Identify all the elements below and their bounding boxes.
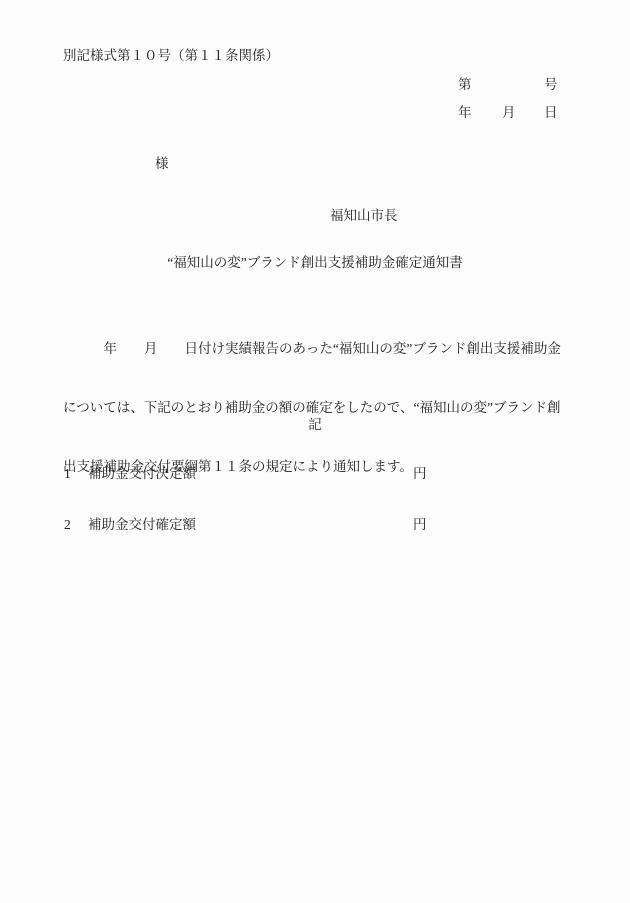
item-2-number: 2 xyxy=(64,517,71,533)
doc-number-suffix: 号 xyxy=(544,77,558,93)
doc-number-prefix: 第 xyxy=(458,77,472,93)
body-line-1: 年 月 日付け実績報告のあった“福知山の変”ブランド創出支援補助金 xyxy=(63,335,575,363)
form-number: 別記様式第１０号（第１１条関係） xyxy=(63,48,279,64)
item-2-label: 補助金交付確定額 xyxy=(88,517,196,533)
document-page: 別記様式第１０号（第１１条関係） 第 号 年 月 日 様 福知山市長 “福知山の… xyxy=(0,0,630,903)
date-day-label: 日 xyxy=(544,105,558,121)
document-title: “福知山の変”ブランド創出支援補助金確定通知書 xyxy=(0,255,630,271)
item-2-unit: 円 xyxy=(413,517,427,533)
record-heading: 記 xyxy=(0,417,630,433)
date-year-label: 年 xyxy=(458,105,472,121)
date-month-label: 月 xyxy=(502,105,516,121)
sender-title: 福知山市長 xyxy=(330,208,398,224)
item-1-label: 補助金交付決定額 xyxy=(88,466,196,482)
item-1-number: 1 xyxy=(64,466,71,482)
item-1-unit: 円 xyxy=(413,466,427,482)
addressee-honorific: 様 xyxy=(155,156,169,172)
